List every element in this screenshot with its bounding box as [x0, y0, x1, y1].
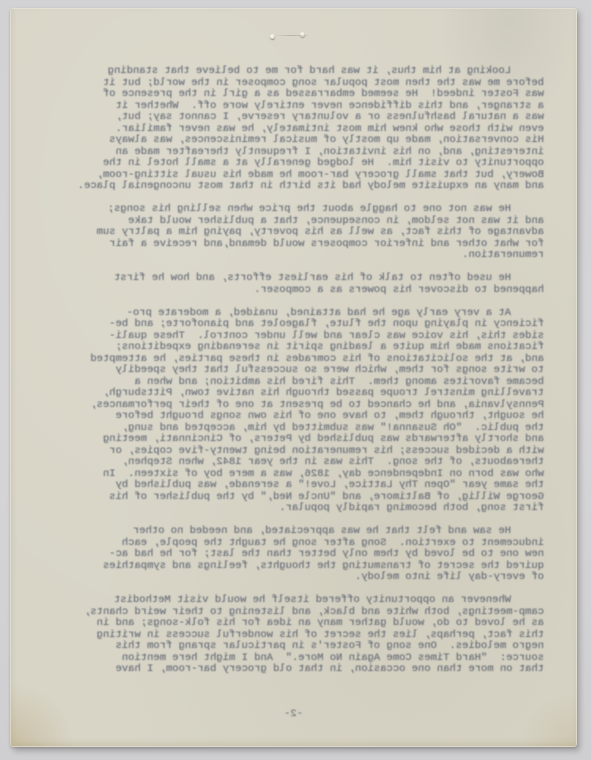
page-number: -2-	[10, 708, 577, 720]
paragraph: He used often to talk of his earliest ef…	[50, 273, 544, 296]
paragraph: At a very early age he had attained, una…	[50, 308, 544, 515]
paragraph: Whenever an opportunity offered itself h…	[50, 595, 544, 676]
paragraph: He was not one to haggle about the price…	[50, 204, 544, 262]
paper-sheet: Looking at him thus, it was hard for me …	[10, 8, 577, 747]
typewritten-text-block: Looking at him thus, it was hard for me …	[50, 66, 544, 687]
paragraph: Looking at him thus, it was hard for me …	[50, 66, 544, 193]
scan-background: Looking at him thus, it was hard for me …	[0, 0, 591, 760]
paragraph: He saw and felt that he was appreciated,…	[50, 526, 544, 584]
crease-line	[274, 35, 308, 36]
